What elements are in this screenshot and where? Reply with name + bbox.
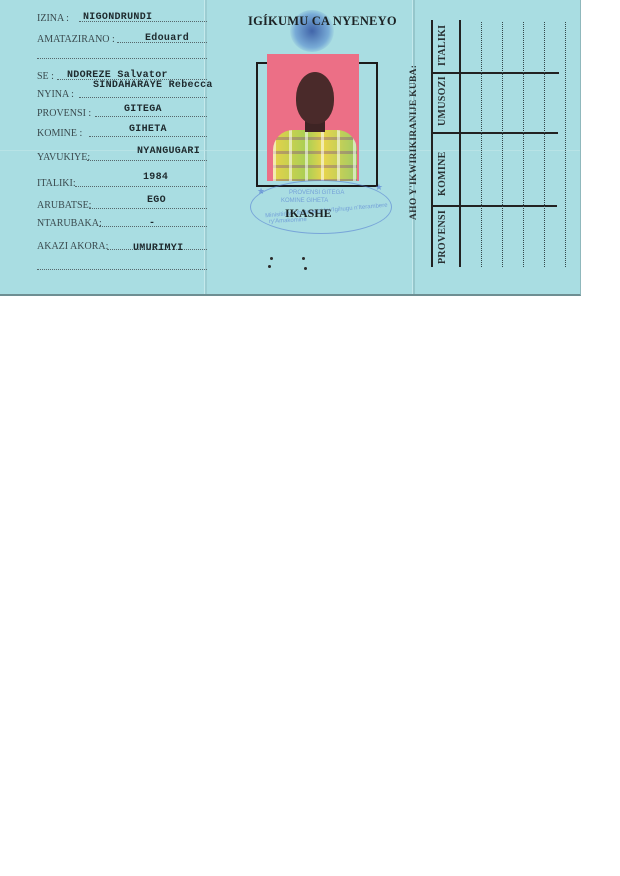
- dotted-row-line: [481, 22, 482, 267]
- id-card: IZINA : NIGONDRUNDI AMATAZIRANO : Edouar…: [0, 0, 581, 296]
- staple-hole: [304, 267, 307, 270]
- staple-hole: [302, 257, 305, 260]
- field-label: NYINA :: [37, 89, 74, 100]
- field-label: PROVENSI :: [37, 108, 91, 119]
- field-arubatse: ARUBATSE: EGO: [37, 195, 207, 211]
- field-komine: KOMINE : GIHETA: [37, 123, 207, 139]
- field-akazi-akora: AKAZI AKORA: UMURIMYI: [37, 236, 207, 252]
- star-icon: ★: [257, 187, 265, 195]
- field-value-province: GITEGA: [124, 104, 162, 115]
- staple-hole: [270, 257, 273, 260]
- field-label: AMATAZIRANO :: [37, 34, 115, 45]
- field-label: IZINA :: [37, 13, 69, 24]
- field-value-mother: SINDAHARAYE Rebecca: [93, 80, 213, 91]
- staple-hole: [268, 265, 271, 268]
- field-label: YAVUKIYE:: [37, 152, 90, 163]
- blank-line: [37, 57, 207, 59]
- column-header-provensi: PROVENSI: [437, 210, 448, 264]
- field-izina: IZINA : NIGONDRUNDI: [37, 8, 207, 24]
- photo-label: IKASHE: [285, 206, 332, 221]
- field-amatazirano: AMATAZIRANO : Edouard: [37, 29, 207, 45]
- field-value-married: EGO: [147, 195, 166, 206]
- fingerprint-title: IGÍKUMU CA NYENEYO: [248, 14, 397, 29]
- field-value-unmarried: -: [149, 218, 155, 229]
- table-divider: [431, 72, 559, 74]
- dotted-row-line: [523, 22, 524, 267]
- table-border: [431, 20, 433, 267]
- id-photo: [267, 54, 359, 181]
- photo-face: [296, 72, 334, 124]
- table-divider: [431, 205, 557, 207]
- dotted-row-line: [565, 22, 566, 267]
- field-value-name: NIGONDRUNDI: [83, 12, 152, 23]
- field-label: ITALIKI:: [37, 178, 76, 189]
- field-label: NTARUBAKA:: [37, 218, 102, 229]
- field-italiki: ITALIKI: 1984: [37, 173, 207, 189]
- dotted-row-line: [502, 22, 503, 267]
- field-label: ARUBATSE:: [37, 200, 91, 211]
- dotted-row-line: [544, 22, 545, 267]
- field-value-birthyear: 1984: [143, 172, 168, 183]
- field-ntarubaka: NTARUBAKA: -: [37, 213, 207, 229]
- field-provensi: PROVENSI : GITEGA: [37, 103, 207, 119]
- field-label: SE :: [37, 71, 54, 82]
- residence-history-title: AHO Y'IKWIRIKIRANIJE KUBA:: [409, 65, 419, 220]
- field-yavukiye: YAVUKIYE: NYANGUGARI: [37, 147, 207, 163]
- field-label: AKAZI AKORA:: [37, 241, 108, 252]
- field-label: KOMINE :: [37, 128, 82, 139]
- field-value-occupation: UMURIMYI: [133, 243, 183, 254]
- field-value-commune: GIHETA: [129, 124, 167, 135]
- star-icon: ★: [375, 183, 383, 191]
- column-header-italiki: ITALIKI: [437, 25, 448, 66]
- table-divider: [431, 132, 558, 134]
- table-border: [459, 20, 461, 267]
- column-header-komine: KOMINE: [437, 151, 448, 196]
- field-value-birthplace: NYANGUGARI: [137, 146, 200, 157]
- field-value-firstname: Edouard: [145, 33, 189, 44]
- photo-shirt: [273, 130, 357, 181]
- field-nyina: NYINA : SINDAHARAYE Rebecca: [37, 84, 207, 100]
- blank-line: [37, 268, 207, 270]
- column-header-umusozi: UMUSOZI: [437, 76, 448, 126]
